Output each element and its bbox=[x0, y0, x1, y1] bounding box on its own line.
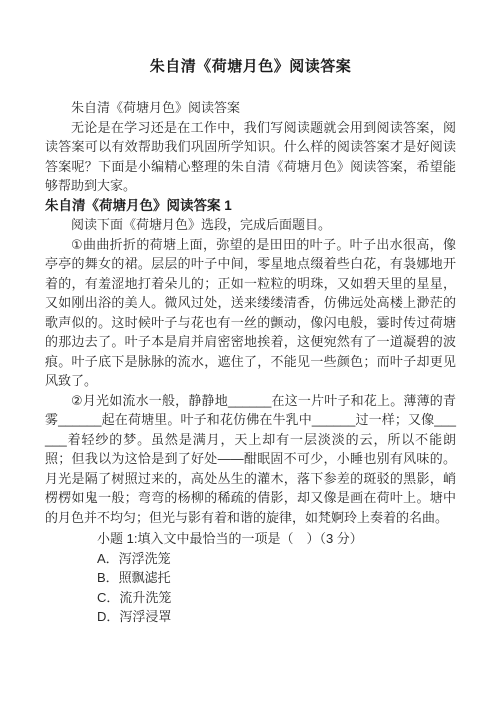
option-b: B．照飘滤托 bbox=[97, 568, 456, 588]
document-page: 朱自清《荷塘月色》阅读答案 朱自清《荷塘月色》阅读答案 无论是在学习还是在工作中… bbox=[0, 0, 500, 707]
option-d: D．泻浮浸罩 bbox=[97, 607, 456, 627]
document-title: 朱自清《荷塘月色》阅读答案 bbox=[45, 56, 456, 78]
question-block: 小题 1:填入文中最恰当的一项是（ ）（3 分） A．泻浮洗笼 B．照飘滤托 C… bbox=[45, 529, 456, 627]
option-c: C．流升洗笼 bbox=[97, 588, 456, 608]
intro-paragraph: 无论是在学习还是在工作中，我们写阅读题就会用到阅读答案，阅读答案可以有效帮助我们… bbox=[45, 118, 456, 196]
question-1: 小题 1:填入文中最恰当的一项是（ ）（3 分） bbox=[97, 529, 456, 549]
section-heading: 朱自清《荷塘月色》阅读答案 1 bbox=[45, 196, 456, 216]
passage-paragraph-1: ①曲曲折折的荷塘上面，弥望的是田田的叶子。叶子出水很高，像亭亭的舞女的裙。层层的… bbox=[45, 235, 456, 391]
intro-lead-line: 朱自清《荷塘月色》阅读答案 bbox=[45, 98, 456, 118]
reading-instruction: 阅读下面《荷塘月色》选段，完成后面题目。 bbox=[45, 215, 456, 235]
option-a: A．泻浮洗笼 bbox=[97, 549, 456, 569]
passage-paragraph-2: ②月光如流水一般，静静地______在这一片叶子和花上。薄薄的青雾______起… bbox=[45, 391, 456, 528]
